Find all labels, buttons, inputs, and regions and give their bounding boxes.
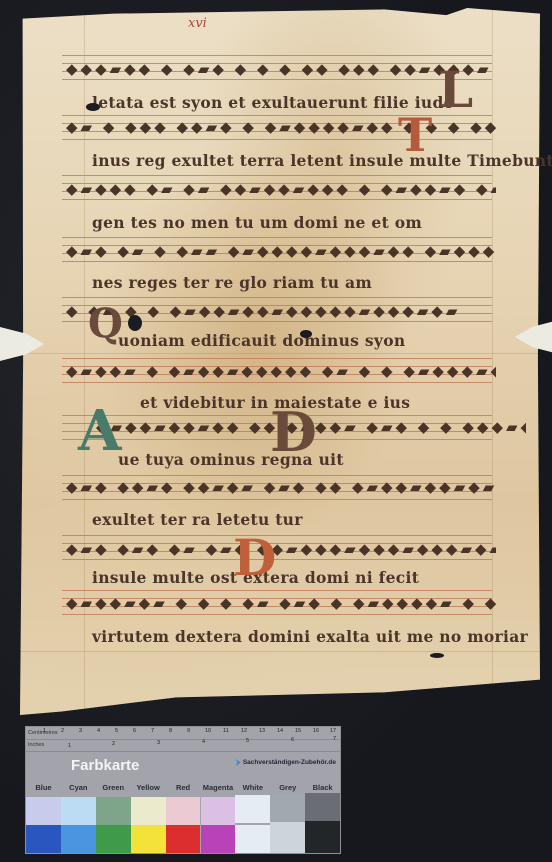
decorated-initial-Q: Q xyxy=(88,300,123,347)
fold-line xyxy=(20,651,540,652)
brand-logo-icon xyxy=(236,759,241,766)
neume-line: ◆▰◆◆▰◆▰ ◆ ◆ ◆ ◆▰ ◆▰◆ ◆ ◆▰◆◆◆◆▰ ◆ ◆▰ ◆◆◆◆ xyxy=(66,594,496,620)
lyric-line: nes reges ter re glo riam tu am xyxy=(92,273,372,292)
neume-line: ◆▰◆◆▰ ◆ ◆▰◆◆▰◆◆◆◆◆ ◆▰ ◆ ◆ ◆▰◆◆◆▰◆◆▰◆▰ xyxy=(66,362,496,388)
chart-website: Sachverständigen-Zubehör.de xyxy=(236,759,336,766)
lyric-line: inus reg exultet terra letent insule mul… xyxy=(92,151,552,170)
folio-number: xvi xyxy=(188,16,207,31)
lyric-line: exultet ter ra letetu tur xyxy=(92,510,303,529)
lyric-line: virtutem dextera domini exalta uit me no… xyxy=(92,627,528,646)
inch-scale: Inches 1 2 3 4 5 6 7 xyxy=(26,739,340,751)
parchment-hole xyxy=(430,653,444,658)
fold-line xyxy=(20,353,540,354)
lyric-line: gen tes no men tu um domi ne et om xyxy=(92,213,422,232)
swatch-blue: Blue xyxy=(26,783,61,853)
decorated-initial-T: T xyxy=(398,108,432,162)
lyric-line: uoniam edificauit dominus syon xyxy=(118,331,405,350)
decorated-initial-A: A xyxy=(78,398,121,464)
swatch-black: Black xyxy=(305,783,340,853)
neume-line: ◆▰◆ ◆▰ ◆ ◆▰▰ ◆▰◆◆◆◆▰◆◆◆▰◆◆ ◆▰◆◆◆◆▰◆◆▰◆◆◆… xyxy=(66,242,496,268)
ruler: Centimetres 1 2 3 4 5 6 7 8 9 10 11 12 1… xyxy=(26,727,340,752)
neume-line: ◆▰◆◆◆ ◆▰ ◆▰ ◆◆▰◆◆▰◆◆◆ ◆ ◆▰◆◆▰◆ ◆▰◆ xyxy=(66,180,496,206)
parchment-hole xyxy=(128,315,142,331)
swatch-yellow: Yellow xyxy=(131,783,166,853)
swatch-row: Blue Cyan Green Yellow Red Magenta White xyxy=(26,783,340,853)
color-calibration-chart: Centimetres 1 2 3 4 5 6 7 8 9 10 11 12 1… xyxy=(25,726,341,854)
chart-title: Farbkarte xyxy=(71,757,139,774)
neume-line: ◆▰◆ ◆◆▰◆ ◆◆▰◆▰ ◆▰◆ ◆◆ ◆▰◆◆▰◆◆▰◆▰ ◆▰◆ ◆◆▰… xyxy=(66,478,496,504)
neume-line: ◆◆◆▰◆◆ ◆ ◆▰◆ ◆ ◆ ◆ ◆◆ ◆◆◆ ◆◆▰◆◆◆▰ xyxy=(66,60,496,86)
swatch-cyan: Cyan xyxy=(61,783,96,853)
inch-label: Inches xyxy=(28,742,44,748)
swatch-grey: Grey xyxy=(270,783,305,853)
swatch-magenta: Magenta xyxy=(201,783,236,853)
decorated-initial-D-red: D xyxy=(233,528,276,587)
neume-line: ◆▰◆ ◆▰◆ ◆▰ ◆▰◆ ◆◆▰◆◆◆▰◆◆◆▰◆◆◆▰◆▰ ◆▰◆◆ xyxy=(66,540,496,566)
swatch-green: Green xyxy=(96,783,131,853)
parchment-hole xyxy=(300,330,312,338)
decorated-initial-L: L xyxy=(438,60,473,119)
decorated-initial-D: D xyxy=(270,400,317,464)
swatch-red: Red xyxy=(166,783,201,853)
swatch-white: White xyxy=(235,783,270,853)
parchment-hole xyxy=(86,103,100,111)
